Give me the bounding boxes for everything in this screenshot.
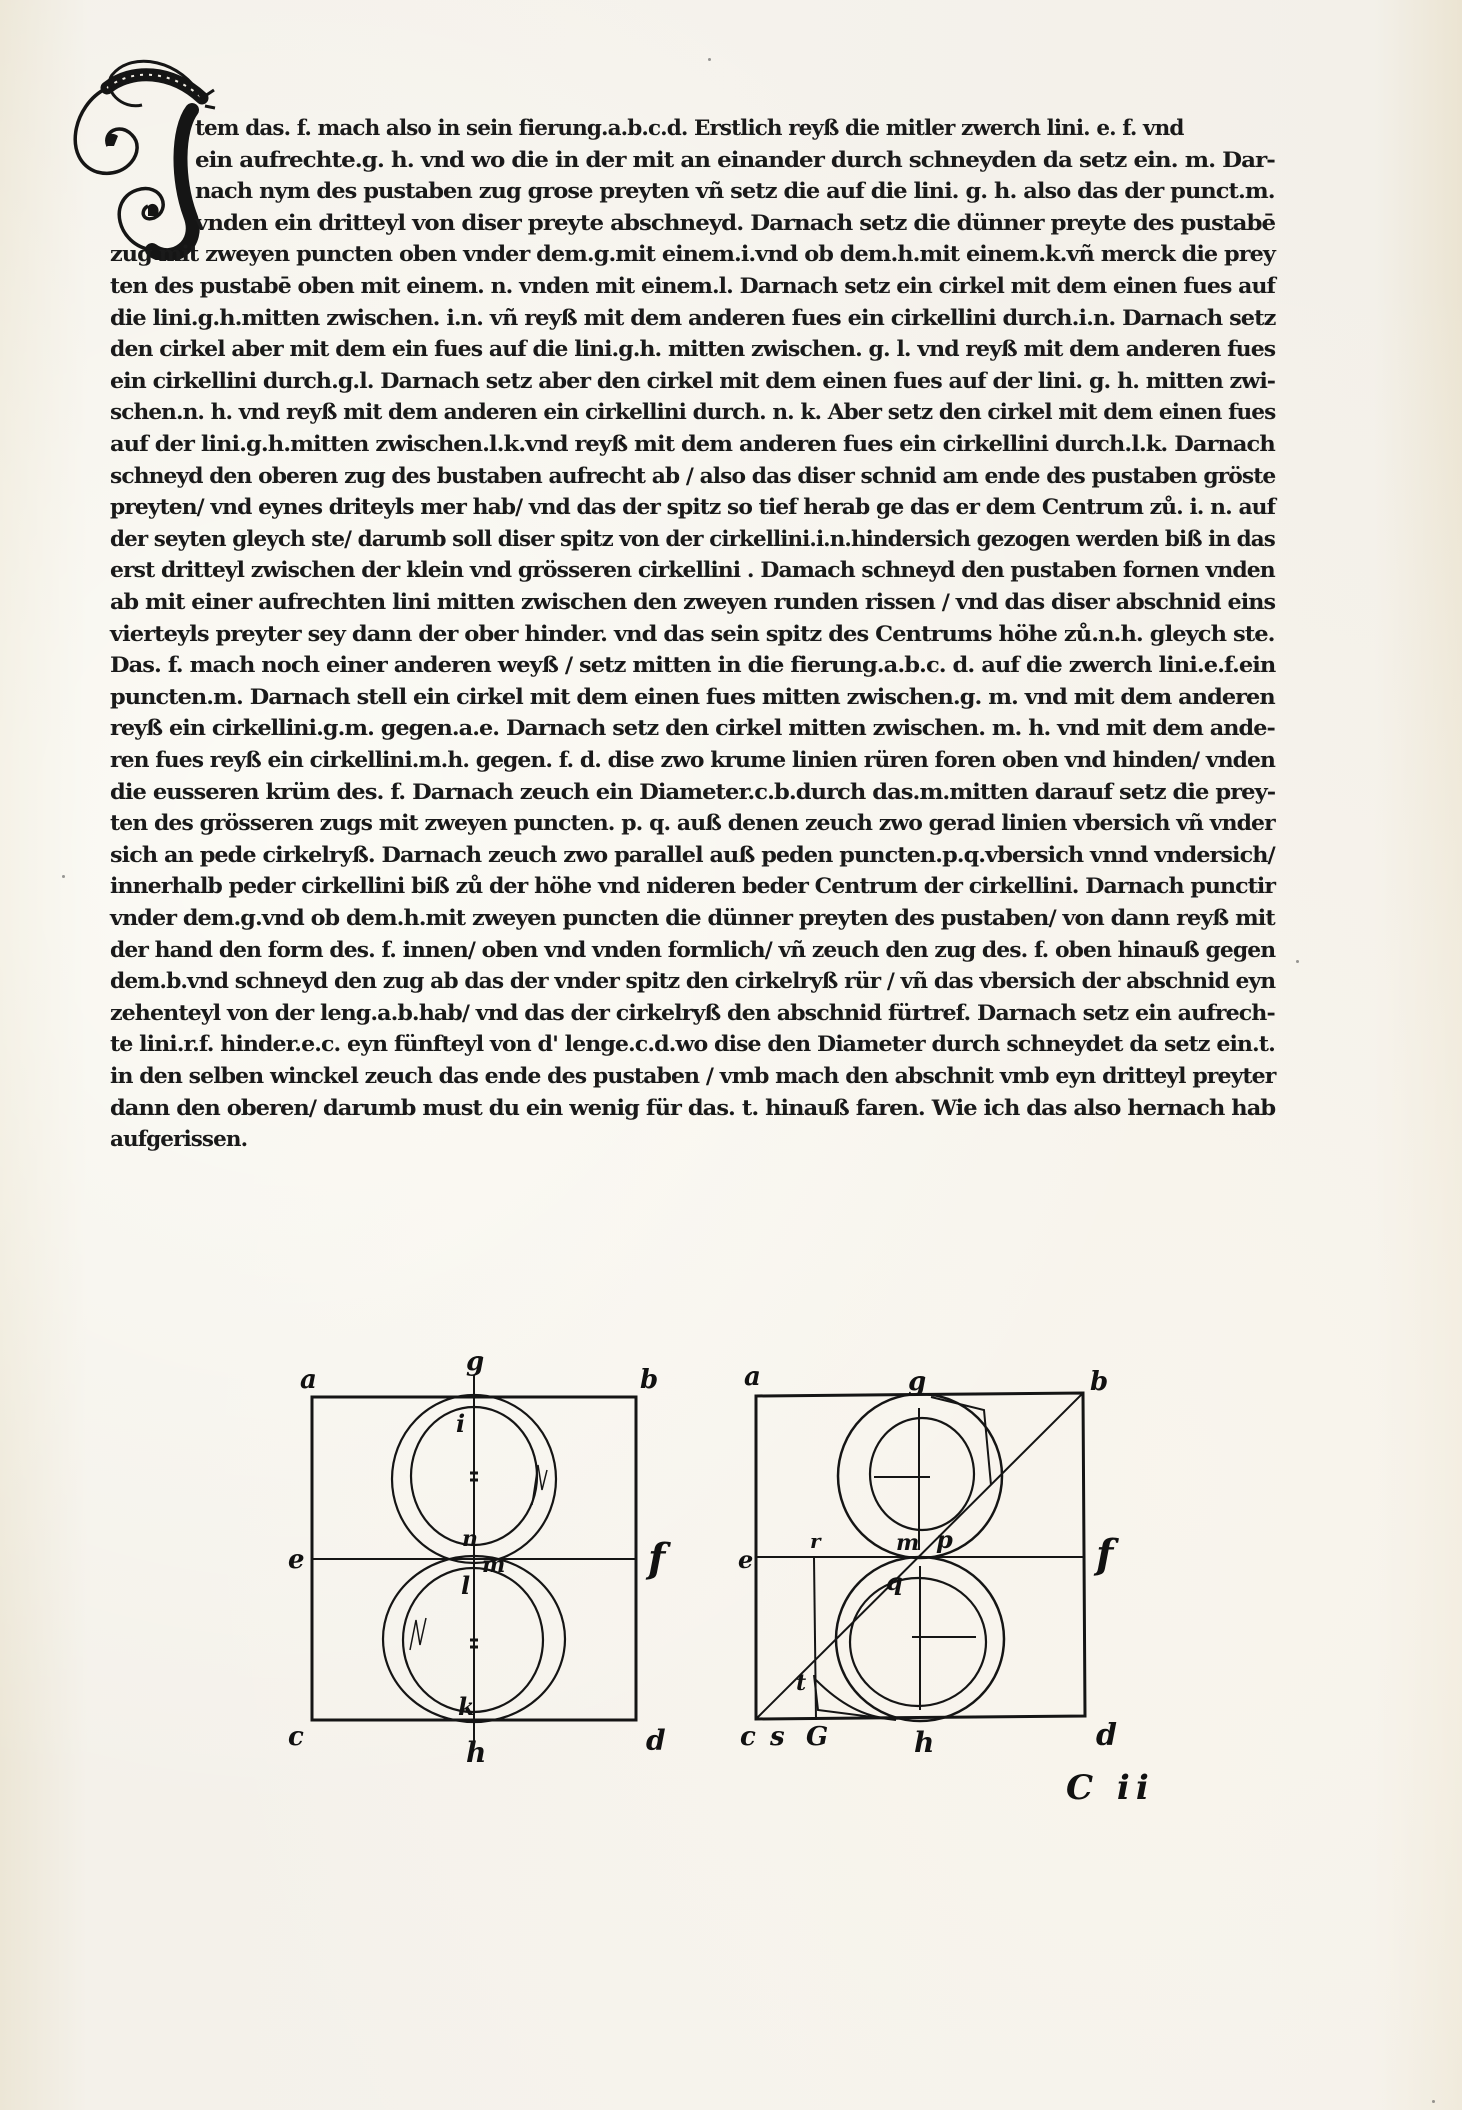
text-line: schen.n. h. vnd reyß mit dem anderen ein…	[110, 397, 1275, 429]
text-line: ein cirkellini durch.g.l. Darnach setz a…	[110, 366, 1275, 398]
svg-text:t: t	[796, 1670, 806, 1696]
svg-text:c: c	[740, 1722, 756, 1752]
svg-text:G: G	[806, 1722, 828, 1752]
text-line: vnden ein dritteyl von diser preyte absc…	[195, 208, 1275, 240]
svg-text:d: d	[1096, 1718, 1117, 1753]
svg-text:f: f	[1093, 1531, 1119, 1578]
text-line: ten des pustabē oben mit einem. n. vnden…	[110, 271, 1275, 303]
text-line: innerhalb peder cirkellini biß zů der hö…	[110, 871, 1275, 903]
svg-text:r: r	[810, 1529, 822, 1553]
text-line: ten des grösseren zugs mit zweyen puncte…	[110, 808, 1275, 840]
text-line: in den selben winckel zeuch das ende des…	[110, 1061, 1275, 1093]
text-line: preyten/ vnd eynes driteyls mer hab/ vnd…	[110, 492, 1275, 524]
text-line: auf der lini.g.h.mitten zwischen.l.k.vnd…	[110, 429, 1275, 461]
text-line: erst dritteyl zwischen der klein vnd grö…	[110, 555, 1275, 587]
text-line: nach nym des pustaben zug grose preyten …	[195, 176, 1275, 208]
svg-text:e: e	[288, 1545, 305, 1575]
text-line: schneyd den oberen zug des bustaben aufr…	[110, 461, 1275, 493]
geometric-construction-diagram: a g b e r m p q f t c s G h d	[726, 1350, 1166, 1780]
paper-speck	[1296, 960, 1299, 963]
paper-speck	[1432, 2100, 1435, 2103]
svg-text:c: c	[288, 1722, 304, 1752]
text-line: dem.b.vnd schneyd den zug ab das der vnd…	[110, 966, 1275, 998]
paper-speck	[62, 875, 65, 878]
svg-text:p: p	[936, 1525, 953, 1554]
text-line: vnder dem.g.vnd ob dem.h.mit zweyen punc…	[110, 903, 1275, 935]
svg-text:b: b	[1090, 1367, 1108, 1397]
text-line: ren fues reyß ein cirkellini.m.h. gegen.…	[110, 745, 1275, 777]
figure-letter-f-method-2: a g b e r m p q f t c s G h d	[726, 1350, 1166, 1780]
text-line: zehenteyl von der leng.a.b.hab/ vnd das …	[110, 998, 1275, 1030]
text-line: die lini.g.h.mitten zwischen. i.n. vñ re…	[110, 303, 1275, 335]
text-line: die eusseren krüm des. f. Darnach zeuch …	[110, 777, 1275, 809]
svg-text:k: k	[458, 1692, 475, 1721]
text-line: reyß ein cirkellini.g.m. gegen.a.e. Darn…	[110, 713, 1275, 745]
svg-text:m: m	[896, 1530, 919, 1556]
text-line: Das. f. mach noch einer anderen weyß / s…	[110, 650, 1275, 682]
svg-text:g: g	[466, 1347, 484, 1377]
text-line: der hand den form des. f. innen/ oben vn…	[110, 935, 1275, 967]
text-line: ab mit einer aufrechten lini mitten zwis…	[110, 587, 1275, 619]
svg-text:h: h	[914, 1726, 934, 1759]
text-line: te lini.r.f. hinder.e.c. eyn fünfteyl vo…	[110, 1029, 1275, 1061]
text-line: dann den oberen/ darumb must du ein weni…	[110, 1093, 1275, 1125]
text-line: ein aufrechte.g. h. vnd wo die in der mi…	[195, 145, 1275, 177]
svg-text:e: e	[738, 1545, 753, 1574]
svg-text:q: q	[886, 1567, 903, 1596]
svg-text:a: a	[744, 1362, 761, 1392]
svg-text:b: b	[640, 1365, 658, 1395]
svg-text:n: n	[462, 1526, 478, 1552]
text-line: den cirkel aber mit dem ein fues auf die…	[110, 334, 1275, 366]
text-line: tem das. f. mach also in sein fierung.a.…	[195, 113, 1275, 145]
text-line: zug mit zweyen puncten oben vnder dem.g.…	[110, 239, 1275, 271]
svg-text:m: m	[482, 1552, 505, 1578]
figure-letter-f-method-1: a g b e f c h d i n m l k	[280, 1350, 710, 1780]
svg-text:g: g	[908, 1367, 926, 1397]
text-line: der seyten gleych ste/ darumb soll diser…	[110, 524, 1275, 556]
text-line: sich an pede cirkelryß. Darnach zeuch zw…	[110, 840, 1275, 872]
paper-speck	[708, 58, 711, 61]
svg-text:f: f	[645, 1535, 671, 1582]
text-line: aufgerissen.	[110, 1124, 247, 1156]
signature-mark: C ii	[1066, 1768, 1155, 1808]
svg-text:l: l	[461, 1571, 470, 1600]
text-line: vierteyls preyter sey dann der ober hind…	[110, 619, 1275, 651]
svg-text:i: i	[456, 1409, 465, 1438]
book-page: tem das. f. mach also in sein fierung.a.…	[0, 0, 1462, 2110]
geometric-construction-diagram: a g b e f c h d i n m l k	[280, 1350, 710, 1780]
svg-text:h: h	[466, 1736, 486, 1769]
svg-text:d: d	[646, 1724, 666, 1757]
text-line: puncten.m. Darnach stell ein cirkel mit …	[110, 682, 1275, 714]
svg-text:a: a	[300, 1365, 317, 1395]
svg-text:s: s	[769, 1722, 785, 1752]
